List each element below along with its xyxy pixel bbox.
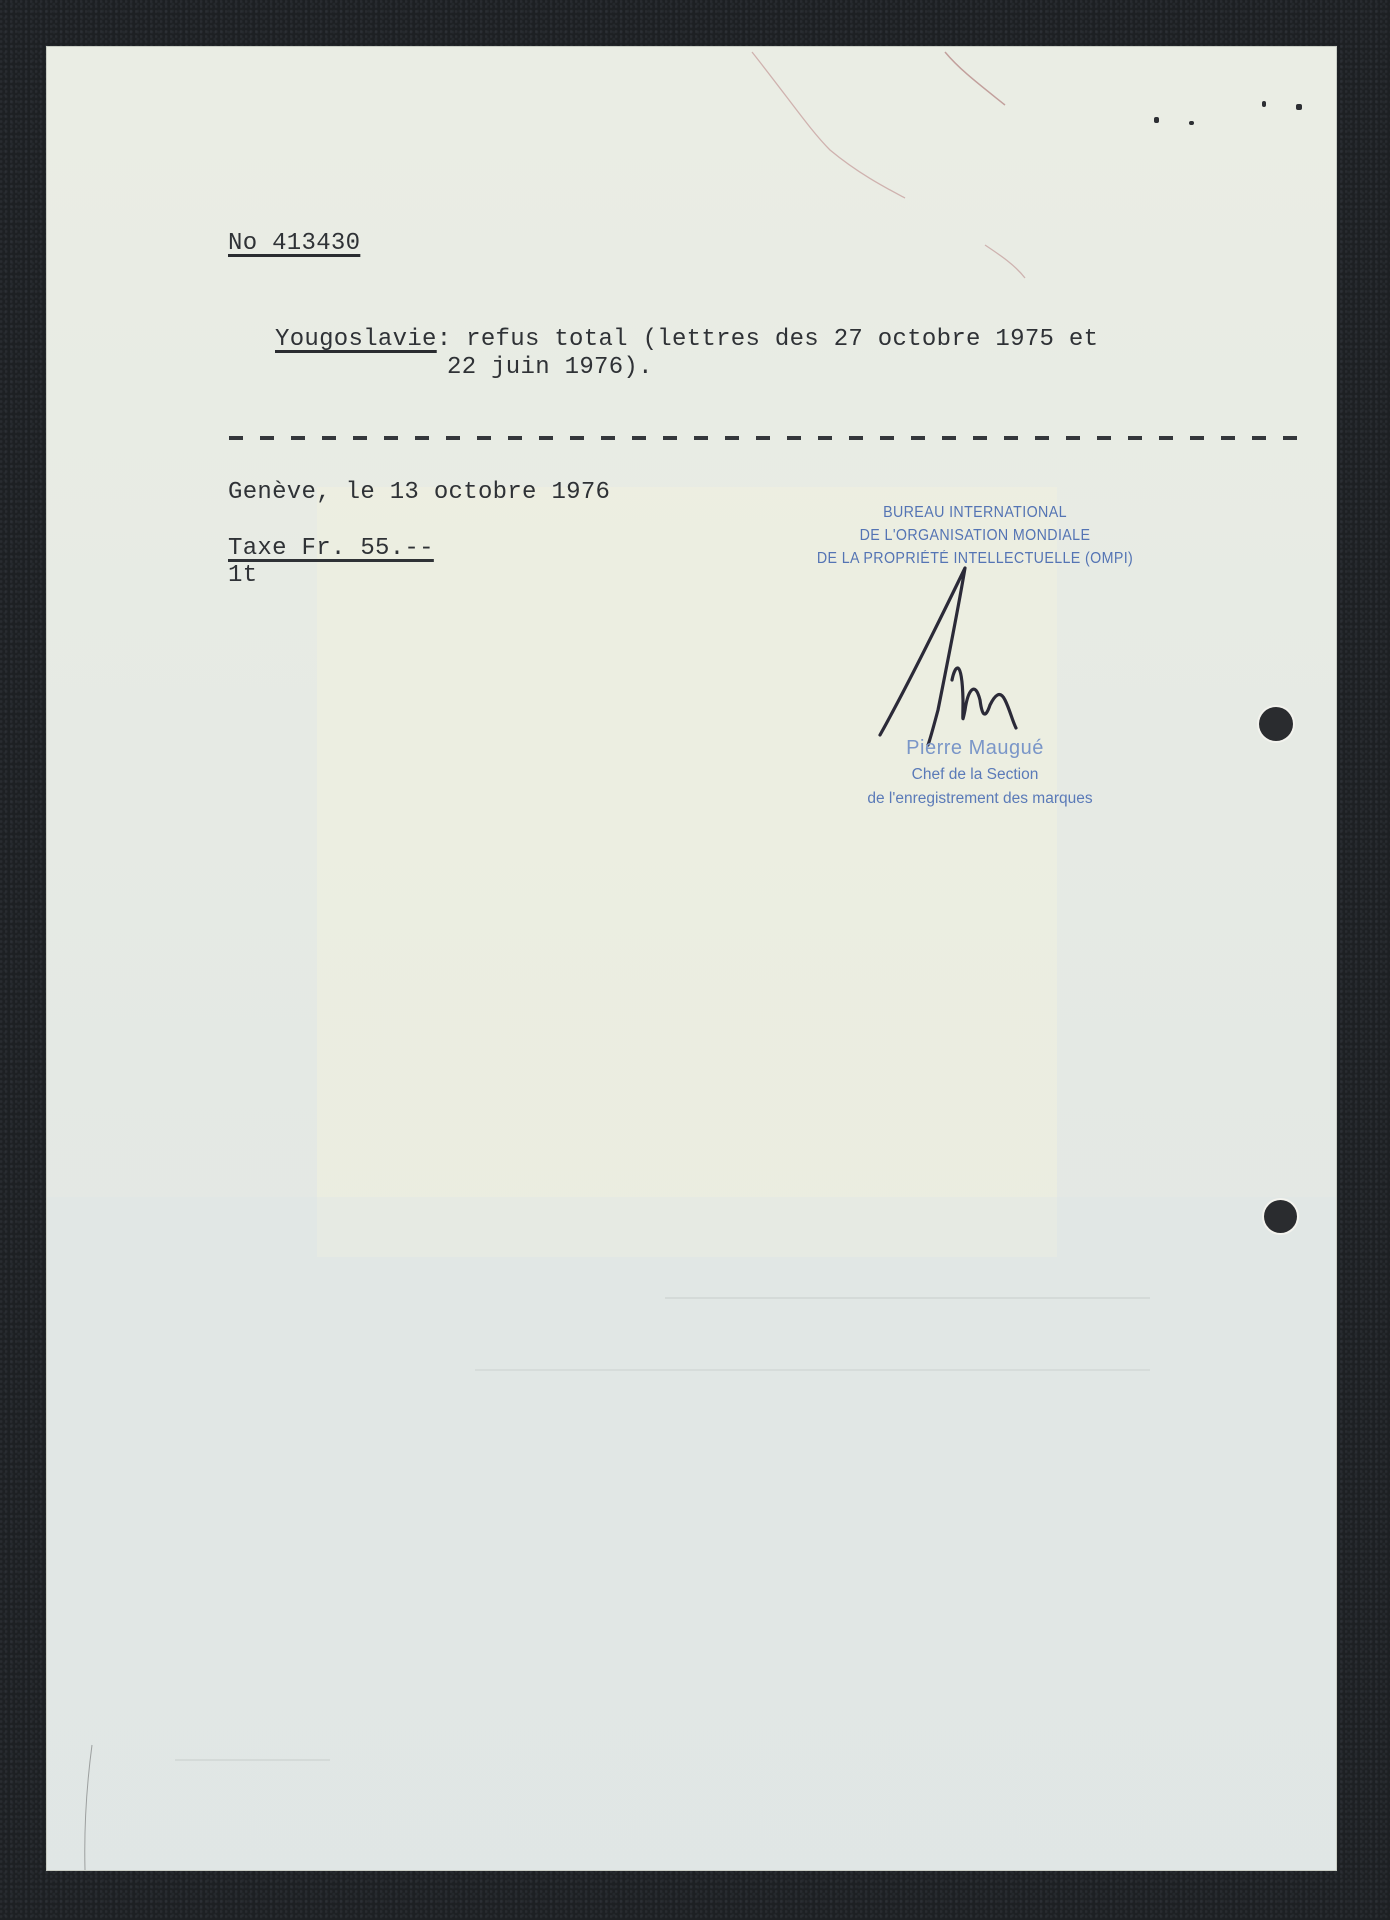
dashed-separator: [229, 436, 1304, 440]
punch-hole: [1259, 707, 1293, 741]
refusal-country: Yougoslavie: [275, 326, 437, 353]
signatory-title-line-2: de l'enregistrement des marques: [820, 791, 1140, 807]
refusal-detail: : refus total (lettres des 27 octobre 19…: [437, 326, 1099, 353]
place-date: Genève, le 13 octobre 1976: [228, 481, 610, 505]
stamp-org-line-3: DE LA PROPRIÉTÉ INTELLECTUELLE (OMPI): [814, 551, 1136, 567]
fee: Taxe Fr. 55.--: [228, 537, 452, 561]
staple-hole: [1154, 117, 1159, 123]
signatory-title-line-1: Chef de la Section: [850, 767, 1100, 783]
refusal-line-1: Yougoslavie: refus total (lettres des 27…: [275, 328, 1098, 352]
staple-hole: [1189, 121, 1194, 125]
stamp-org-line-1: BUREAU INTERNATIONAL: [842, 505, 1109, 521]
signatory-name: Pierre Maugué: [850, 738, 1100, 758]
paper-tint-lower: [47, 1197, 1336, 1870]
staple-hole: [1296, 104, 1302, 110]
typist-initials: 1t: [228, 564, 257, 588]
punch-hole: [1264, 1200, 1297, 1233]
document-page: [47, 47, 1336, 1870]
stamp-org-line-2: DE L'ORGANISATION MONDIALE: [842, 528, 1109, 544]
reference-number: No 413430: [228, 232, 360, 256]
refusal-line-2: 22 juin 1976).: [447, 356, 653, 380]
paper-tint-region: [317, 487, 1057, 1257]
staple-hole: [1262, 101, 1266, 107]
